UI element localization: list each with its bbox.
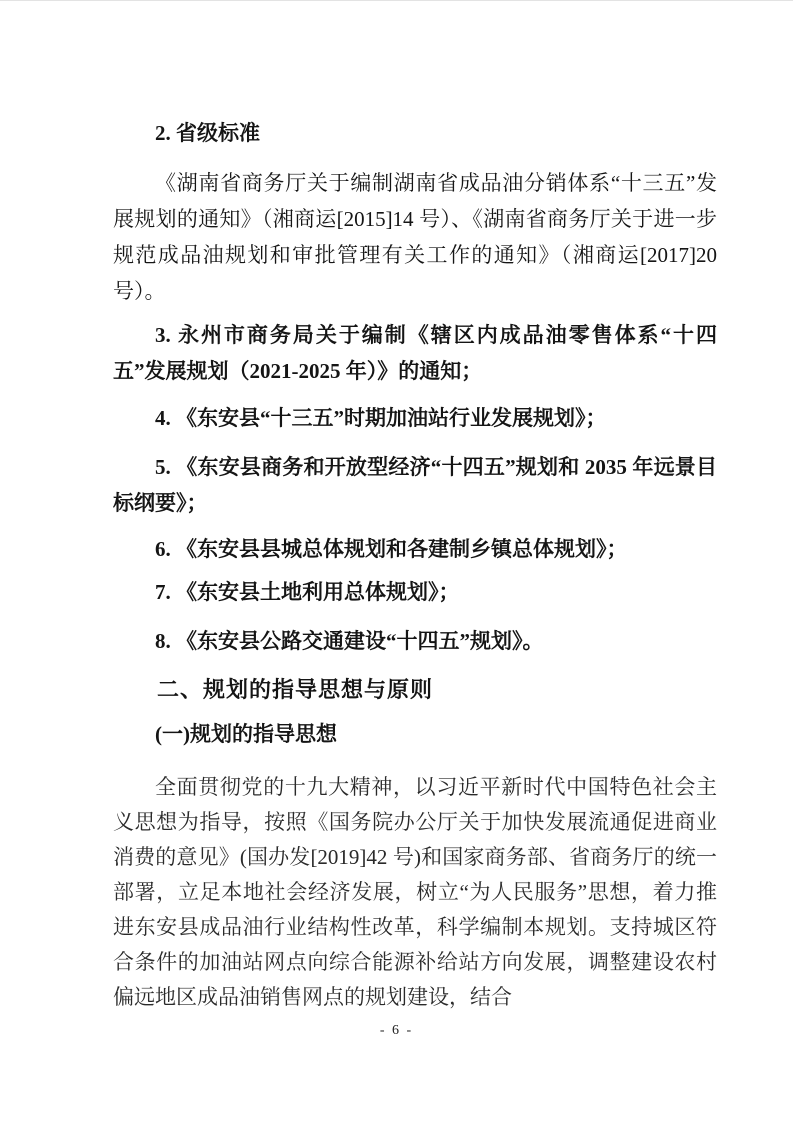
paragraph-guiding-ideology: 全面贯彻党的十九大精神，以习近平新时代中国特色社会主义思想为指导，按照《国务院办… <box>113 770 717 1015</box>
heading-provincial-standards: 2. 省级标准 <box>113 115 717 151</box>
paragraph-provincial-docs: 《湖南省商务厅关于编制湖南省成品油分销体系“十三五”发展规划的通知》（湘商运[2… <box>113 165 717 309</box>
list-item-8: 8. 《东安县公路交通建设“十四五”规划》。 <box>113 623 717 659</box>
section-heading: 二、规划的指导思想与原则 <box>113 672 717 708</box>
document-body: 2. 省级标准 《湖南省商务厅关于编制湖南省成品油分销体系“十三五”发展规划的通… <box>113 115 717 1015</box>
list-item-3: 3. 永州市商务局关于编制《辖区内成品油零售体系“十四五”发展规划（2021-2… <box>113 317 717 389</box>
list-item-7: 7. 《东安县土地利用总体规划》； <box>113 574 717 610</box>
page-number: - 6 - <box>0 1023 793 1039</box>
document-page: 2. 省级标准 《湖南省商务厅关于编制湖南省成品油分销体系“十三五”发展规划的通… <box>0 0 793 1123</box>
subsection-heading: (一)规划的指导思想 <box>113 716 717 752</box>
list-item-4: 4. 《东安县“十三五”时期加油站行业发展规划》； <box>113 400 717 436</box>
list-item-5: 5. 《东安县商务和开放型经济“十四五”规划和 2035 年远景目标纲要》； <box>113 449 717 521</box>
list-item-6: 6. 《东安县县城总体规划和各建制乡镇总体规划》； <box>113 531 717 567</box>
